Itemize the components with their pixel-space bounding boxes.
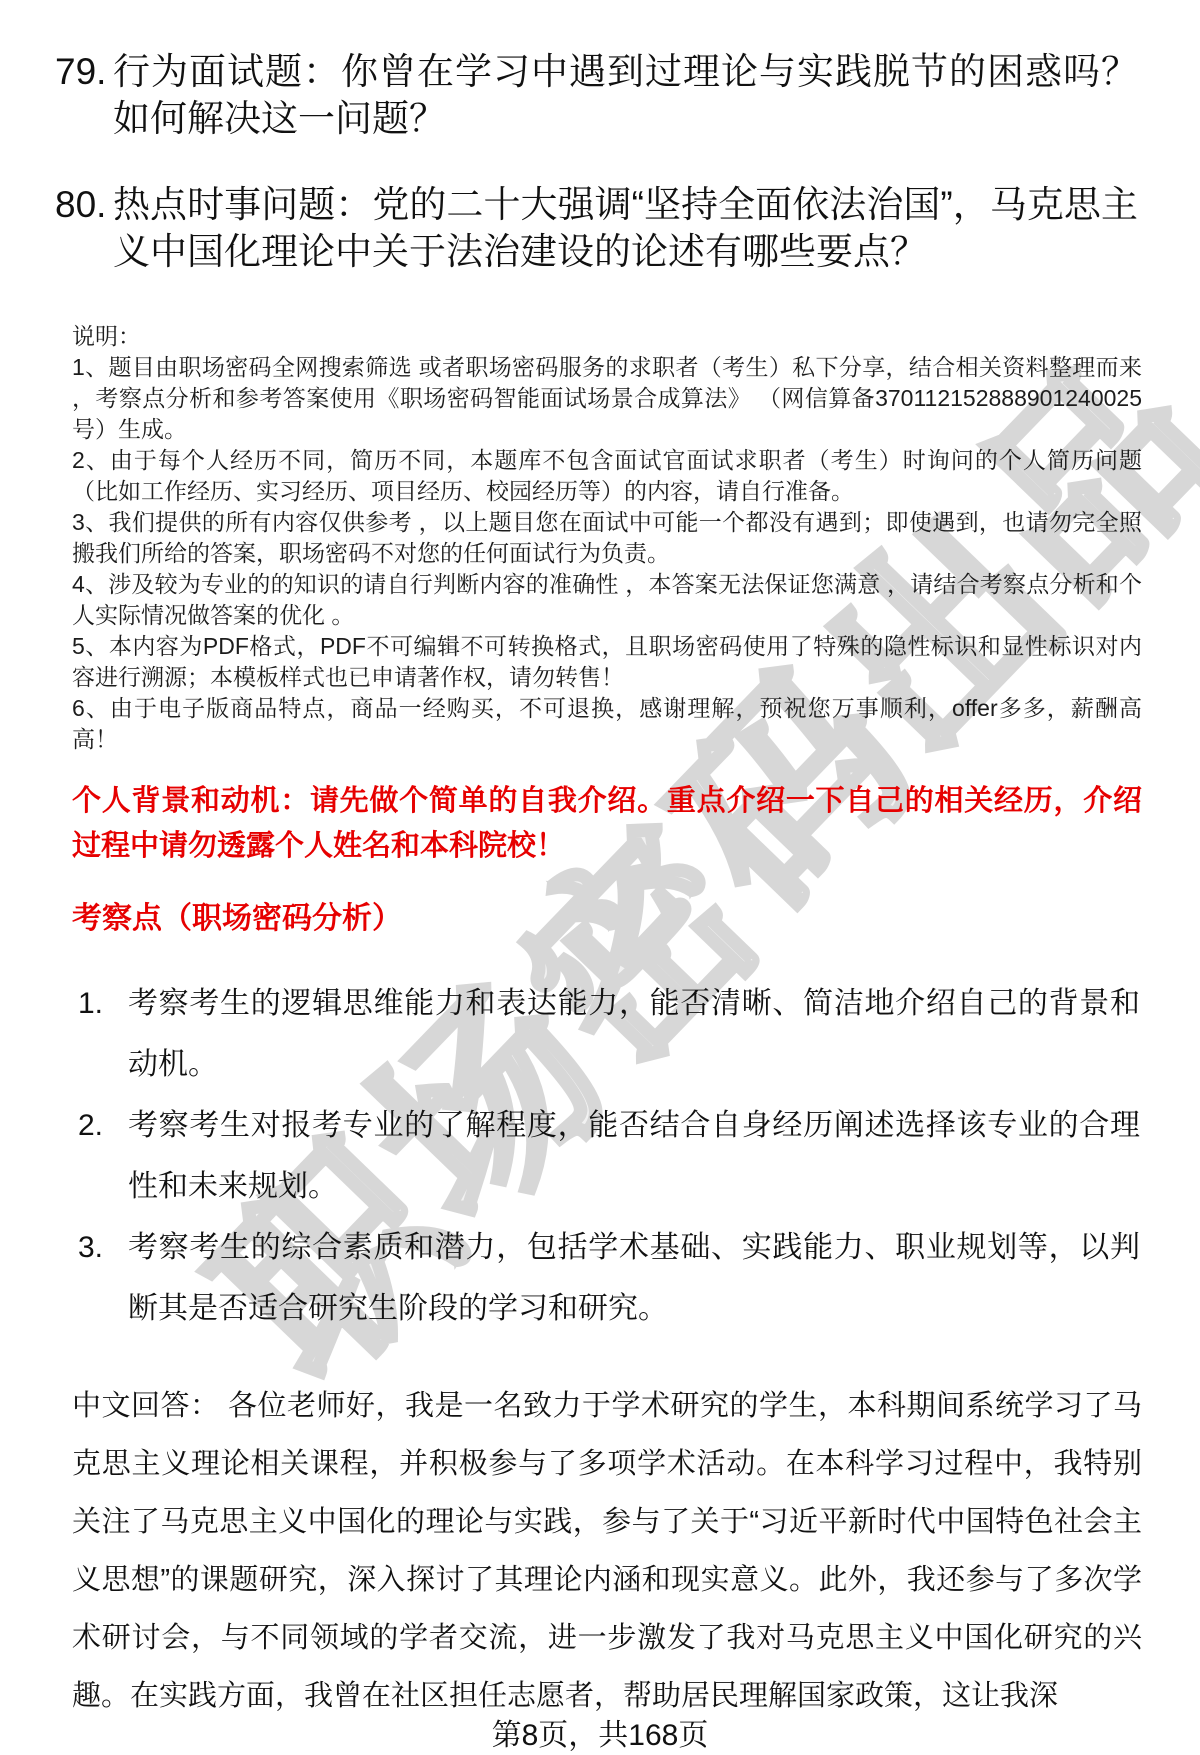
analysis-point-1-text: 考察考生的逻辑思维能力和表达能力，能否清晰、简洁地介绍自己的背景和动机。: [128, 973, 1140, 1095]
analysis-point-1-number: 1.: [78, 973, 128, 1095]
question-79-number: 79.: [55, 48, 113, 142]
note-item-6: 6、由于电子版商品特点，商品一经购买，不可退换，感谢理解，预祝您万事顺利，off…: [72, 693, 1142, 755]
question-80-number: 80.: [55, 181, 113, 275]
analysis-point-3: 3. 考察考生的综合素质和潜力，包括学术基础、实践能力、职业规划等，以判断其是否…: [78, 1217, 1200, 1339]
note-item-1: 1、题目由职场密码全网搜索筛选 或者职场密码服务的求职者（考生）私下分享，结合相…: [72, 352, 1142, 445]
document-page: 职场密码出品 79. 行为面试题：你曾在学习中遇到过理论与实践脱节的困惑吗？如何…: [0, 0, 1200, 1755]
question-79-text: 行为面试题：你曾在学习中遇到过理论与实践脱节的困惑吗？如何解决这一问题？: [113, 48, 1138, 142]
notes-block: 说明： 1、题目由职场密码全网搜索筛选 或者职场密码服务的求职者（考生）私下分享…: [72, 321, 1142, 755]
analysis-point-1: 1. 考察考生的逻辑思维能力和表达能力，能否清晰、简洁地介绍自己的背景和动机。: [78, 973, 1200, 1095]
analysis-point-3-text: 考察考生的综合素质和潜力，包括学术基础、实践能力、职业规划等，以判断其是否适合研…: [128, 1217, 1140, 1339]
analysis-point-3-number: 3.: [78, 1217, 128, 1339]
note-item-5: 5、本内容为PDF格式，PDF不可编辑不可转换格式，且职场密码使用了特殊的隐性标…: [72, 631, 1142, 693]
question-79: 79. 行为面试题：你曾在学习中遇到过理论与实践脱节的困惑吗？如何解决这一问题？: [55, 48, 1200, 142]
background-motivation-prompt: 个人背景和动机：请先做个简单的自我介绍。重点介绍一下自己的相关经历，介绍过程中请…: [72, 779, 1142, 869]
analysis-point-2-number: 2.: [78, 1095, 128, 1217]
note-item-3: 3、我们提供的所有内容仅供参考 ，以上题目您在面试中可能一个都没有遇到；即使遇到…: [72, 507, 1142, 569]
note-item-2: 2、由于每个人经历不同，简历不同，本题库不包含面试官面试求职者（考生）时询问的个…: [72, 445, 1142, 507]
analysis-point-2: 2. 考察考生对报考专业的了解程度，能否结合自身经历阐述选择该专业的合理性和未来…: [78, 1095, 1200, 1217]
analysis-point-2-text: 考察考生对报考专业的了解程度，能否结合自身经历阐述选择该专业的合理性和未来规划。: [128, 1095, 1140, 1217]
question-80-text: 热点时事问题：党的二十大强调“坚持全面依法治国”，马克思主义中国化理论中关于法治…: [113, 181, 1138, 275]
chinese-answer-paragraph: 中文回答： 各位老师好，我是一名致力于学术研究的学生，本科期间系统学习了马克思主…: [72, 1377, 1142, 1725]
notes-title: 说明：: [72, 321, 1142, 352]
page-content: 79. 行为面试题：你曾在学习中遇到过理论与实践脱节的困惑吗？如何解决这一问题？…: [0, 0, 1200, 1753]
analysis-heading: 考察点（职场密码分析）: [72, 899, 1142, 939]
question-80: 80. 热点时事问题：党的二十大强调“坚持全面依法治国”，马克思主义中国化理论中…: [55, 181, 1200, 275]
note-item-4: 4、涉及较为专业的的知识的请自行判断内容的准确性 ，本答案无法保证您满意 ，请结…: [72, 569, 1142, 631]
analysis-points: 1. 考察考生的逻辑思维能力和表达能力，能否清晰、简洁地介绍自己的背景和动机。 …: [0, 973, 1200, 1339]
